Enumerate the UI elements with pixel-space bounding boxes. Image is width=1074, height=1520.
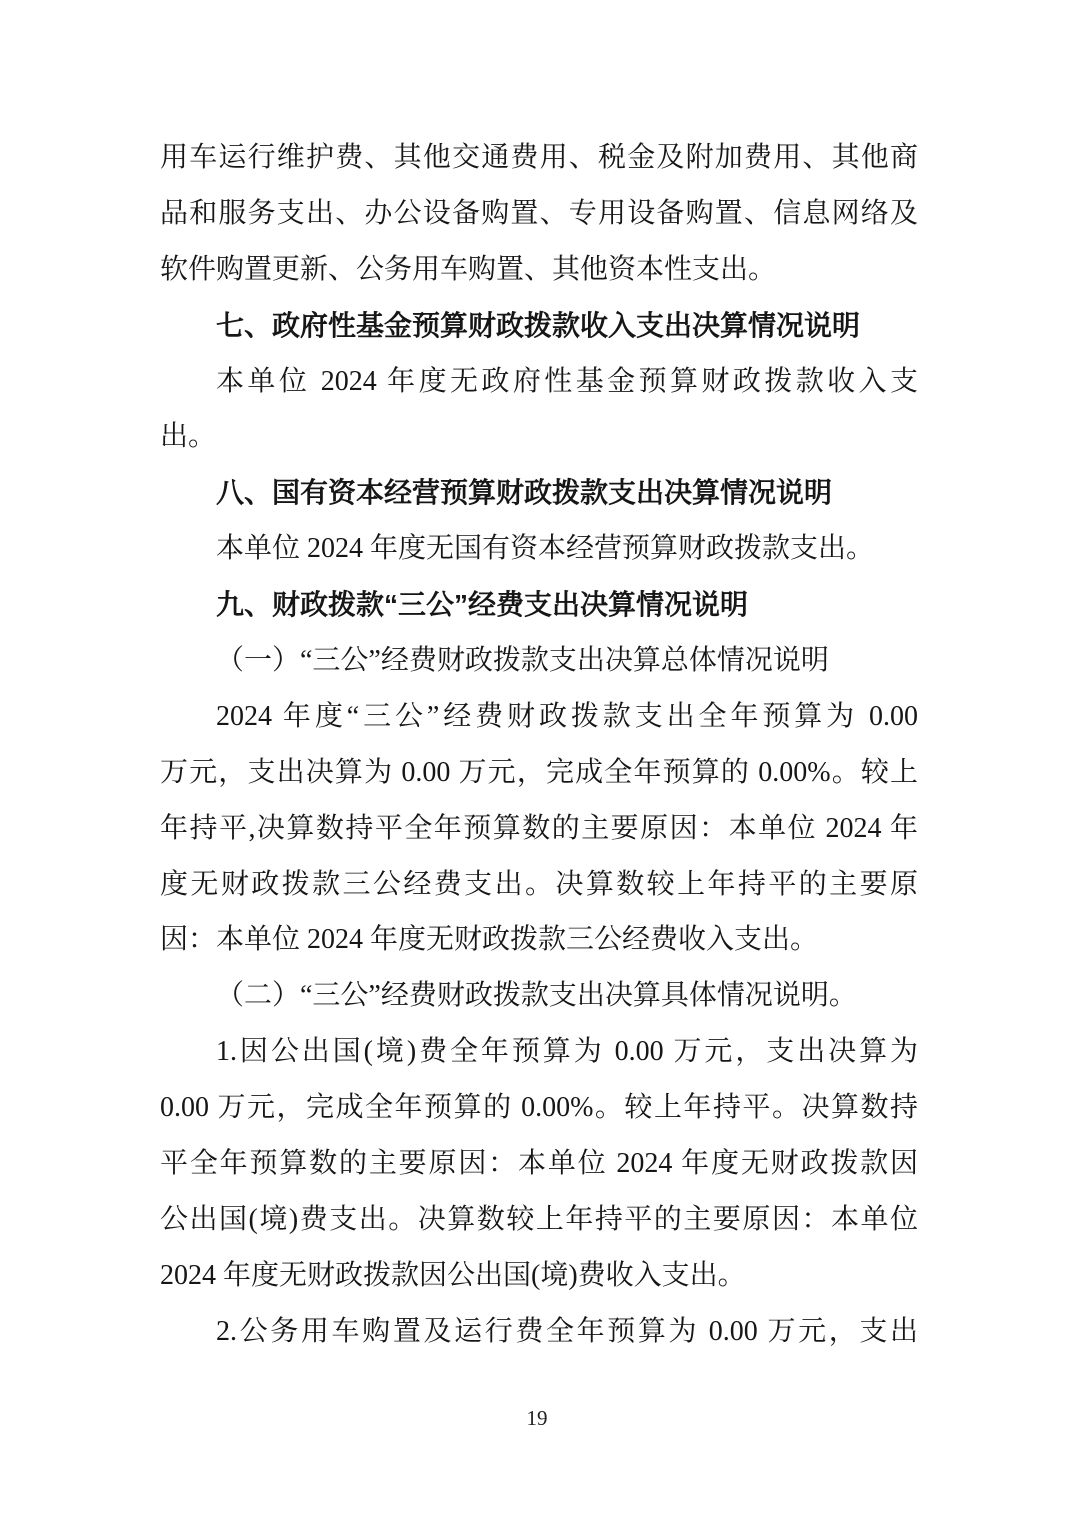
- numbered-item-2-line: 2.公务用车购置及运行费全年预算为 0.00 万元，支出: [160, 1304, 918, 1360]
- text-line: 因：本单位 2024 年度无财政拨款三公经费收入支出。: [160, 912, 918, 968]
- text-line: 用车运行维护费、其他交通费用、税金及附加费用、其他商: [160, 130, 918, 186]
- text-line: 软件购置更新、公务用车购置、其他资本性支出。: [160, 242, 918, 298]
- text-line: 年持平,决算数持平全年预算数的主要原因：本单位 2024 年: [160, 801, 918, 857]
- text-line: 品和服务支出、办公设备购置、专用设备购置、信息网络及: [160, 186, 918, 242]
- text-line: 2024 年度无财政拨款因公出国(境)费收入支出。: [160, 1248, 918, 1304]
- text-line: 本单位 2024 年度无政府性基金预算财政拨款收入支: [160, 354, 918, 410]
- text-line: 万元，支出决算为 0.00 万元，完成全年预算的 0.00%。较上: [160, 745, 918, 801]
- section-heading-eight: 八、国有资本经营预算财政拨款支出决算情况说明: [160, 465, 918, 521]
- section-heading-nine: 九、财政拨款“三公”经费支出决算情况说明: [160, 577, 918, 633]
- text-line: 公出国(境)费支出。决算数较上年持平的主要原因：本单位: [160, 1192, 918, 1248]
- text-line: 2024 年度“三公”经费财政拨款支出全年预算为 0.00: [160, 689, 918, 745]
- subsection-heading-one: （一）“三公”经费财政拨款支出决算总体情况说明: [160, 633, 918, 689]
- text-line: 度无财政拨款三公经费支出。决算数较上年持平的主要原: [160, 857, 918, 913]
- text-line: 0.00 万元，完成全年预算的 0.00%。较上年持平。决算数持: [160, 1080, 918, 1136]
- text-line: 平全年预算数的主要原因：本单位 2024 年度无财政拨款因: [160, 1136, 918, 1192]
- page-number: 19: [0, 1406, 1074, 1431]
- numbered-item-1-line: 1.因公出国(境)费全年预算为 0.00 万元，支出决算为: [160, 1024, 918, 1080]
- section-heading-seven: 七、政府性基金预算财政拨款收入支出决算情况说明: [160, 298, 918, 354]
- text-line: 本单位 2024 年度无国有资本经营预算财政拨款支出。: [160, 521, 918, 577]
- document-body: 用车运行维护费、其他交通费用、税金及附加费用、其他商 品和服务支出、办公设备购置…: [160, 130, 918, 1360]
- subsection-heading-two: （二）“三公”经费财政拨款支出决算具体情况说明。: [160, 968, 918, 1024]
- text-line: 出。: [160, 409, 918, 465]
